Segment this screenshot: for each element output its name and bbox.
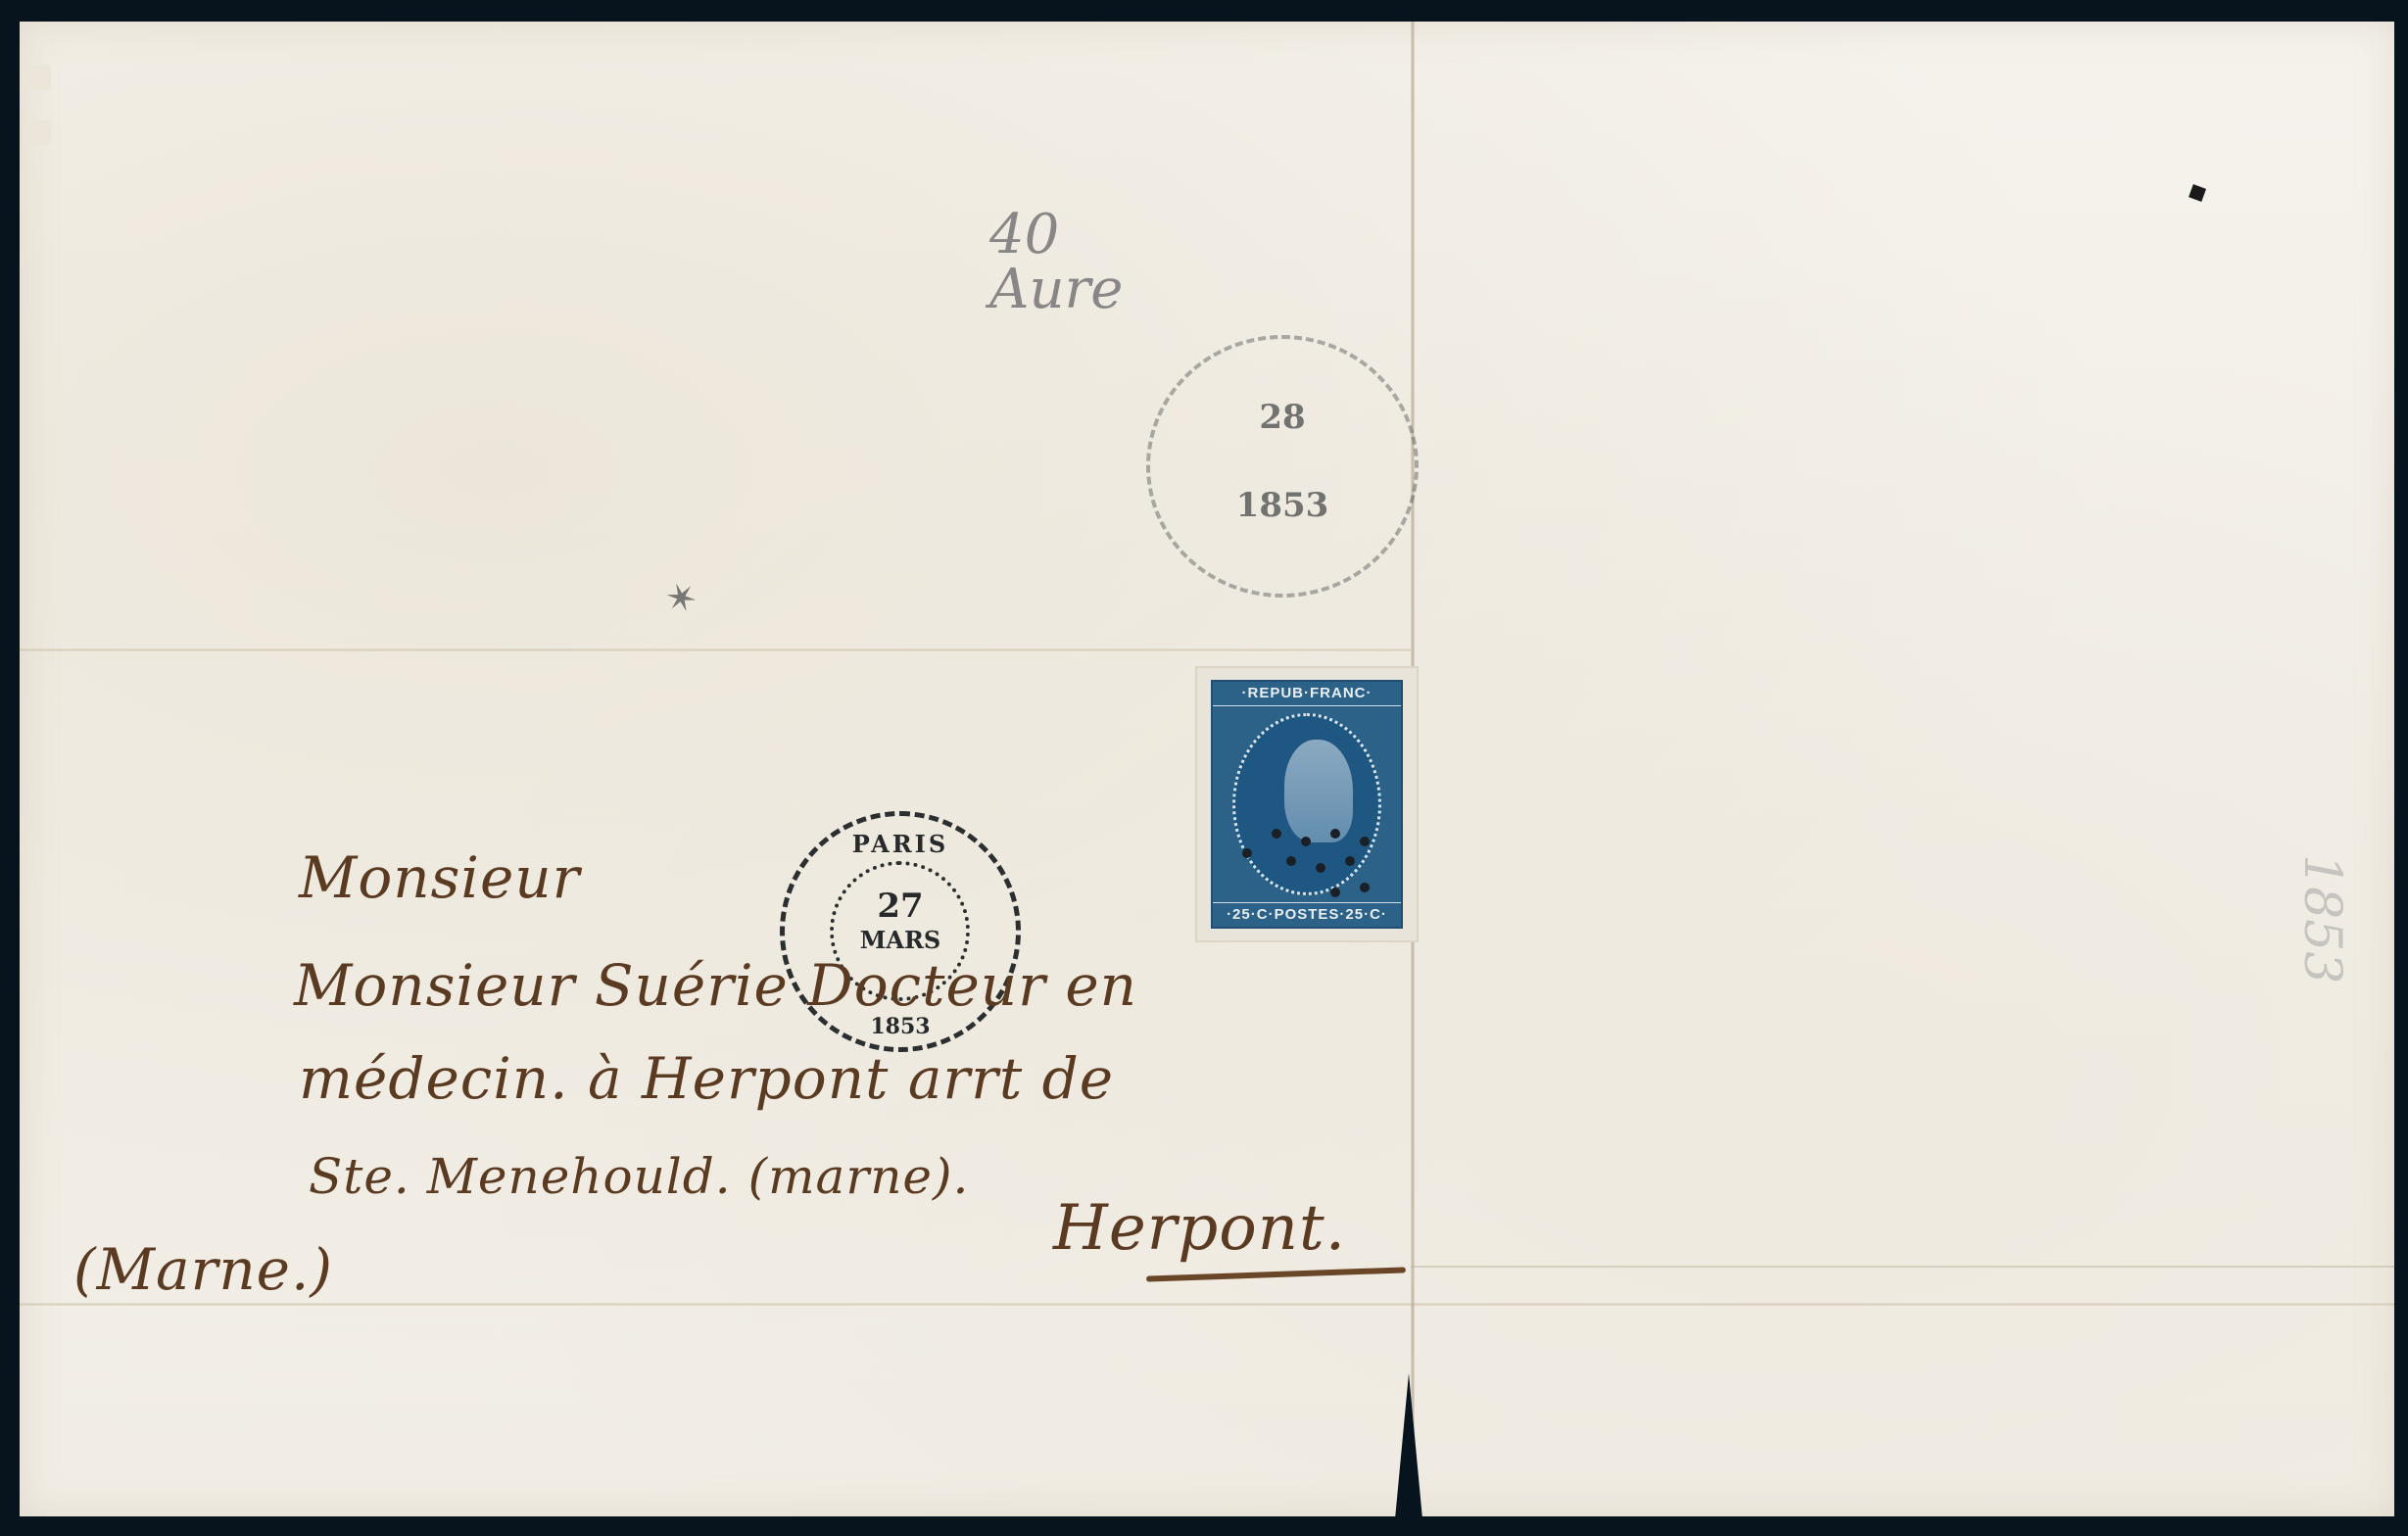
torn-edge [25,65,51,90]
stamp-bottom-legend: ·25·C·POSTES·25·C· [1213,902,1401,927]
cancel-dot [1345,856,1355,866]
pencil-year-annotation: 1853 [2292,854,2351,984]
letter-sheet: 40 Aure 1853 28 1853 ✶ PARIS 27 MARS 185… [20,22,2394,1516]
cancel-dot [1330,888,1340,897]
portrait-medallion-icon [1232,713,1381,895]
address-line: Monsieur [299,844,580,911]
cancel-dot [1316,863,1325,873]
postage-stamp: ·REPUB·FRANC· ·25·C·POSTES·25·C· [1197,668,1417,940]
postmark-day: 27 [785,887,1016,926]
stamp-top-legend: ·REPUB·FRANC· [1213,682,1401,706]
stamp-design: ·REPUB·FRANC· ·25·C·POSTES·25·C· [1211,680,1403,929]
pencil-rate-note: Aure [989,263,1123,317]
cancel-dot [1360,883,1370,892]
arrival-postmark: 28 1853 [1146,335,1419,598]
cancel-dot [1286,856,1296,866]
torn-edge [25,120,51,145]
pencil-rate-number: 40 [989,208,1123,263]
address-line: Monsieur Suérie Docteur en [294,952,1137,1019]
postmark-city: PARIS [785,830,1016,858]
address-line: médecin. à Herpont arrt de [299,1045,1114,1112]
portrait-head-icon [1284,740,1353,842]
fold-line [1411,1266,2394,1268]
cancel-dot [1301,837,1311,846]
town-underline [1146,1267,1406,1281]
postmark-month: MARS [785,926,1016,954]
cancel-dot [1330,829,1340,839]
cancel-dot [1272,829,1281,839]
ink-spot [2189,184,2206,202]
address-department: (Marne.) [73,1236,333,1303]
cancel-dot [1360,837,1370,846]
cancel-dot [1242,848,1252,858]
address-town: Herpont. [1053,1192,1346,1265]
pencil-rate-annotation: 40 Aure [989,208,1123,317]
postmark-day: 28 [1150,398,1415,437]
address-line: Ste. Menehould. (marne). [309,1148,969,1205]
fold-line [20,1303,2394,1306]
postmark-year: 1853 [1150,486,1415,525]
smudged-handstamp: ✶ [658,543,800,670]
torn-notch [1393,1373,1424,1536]
